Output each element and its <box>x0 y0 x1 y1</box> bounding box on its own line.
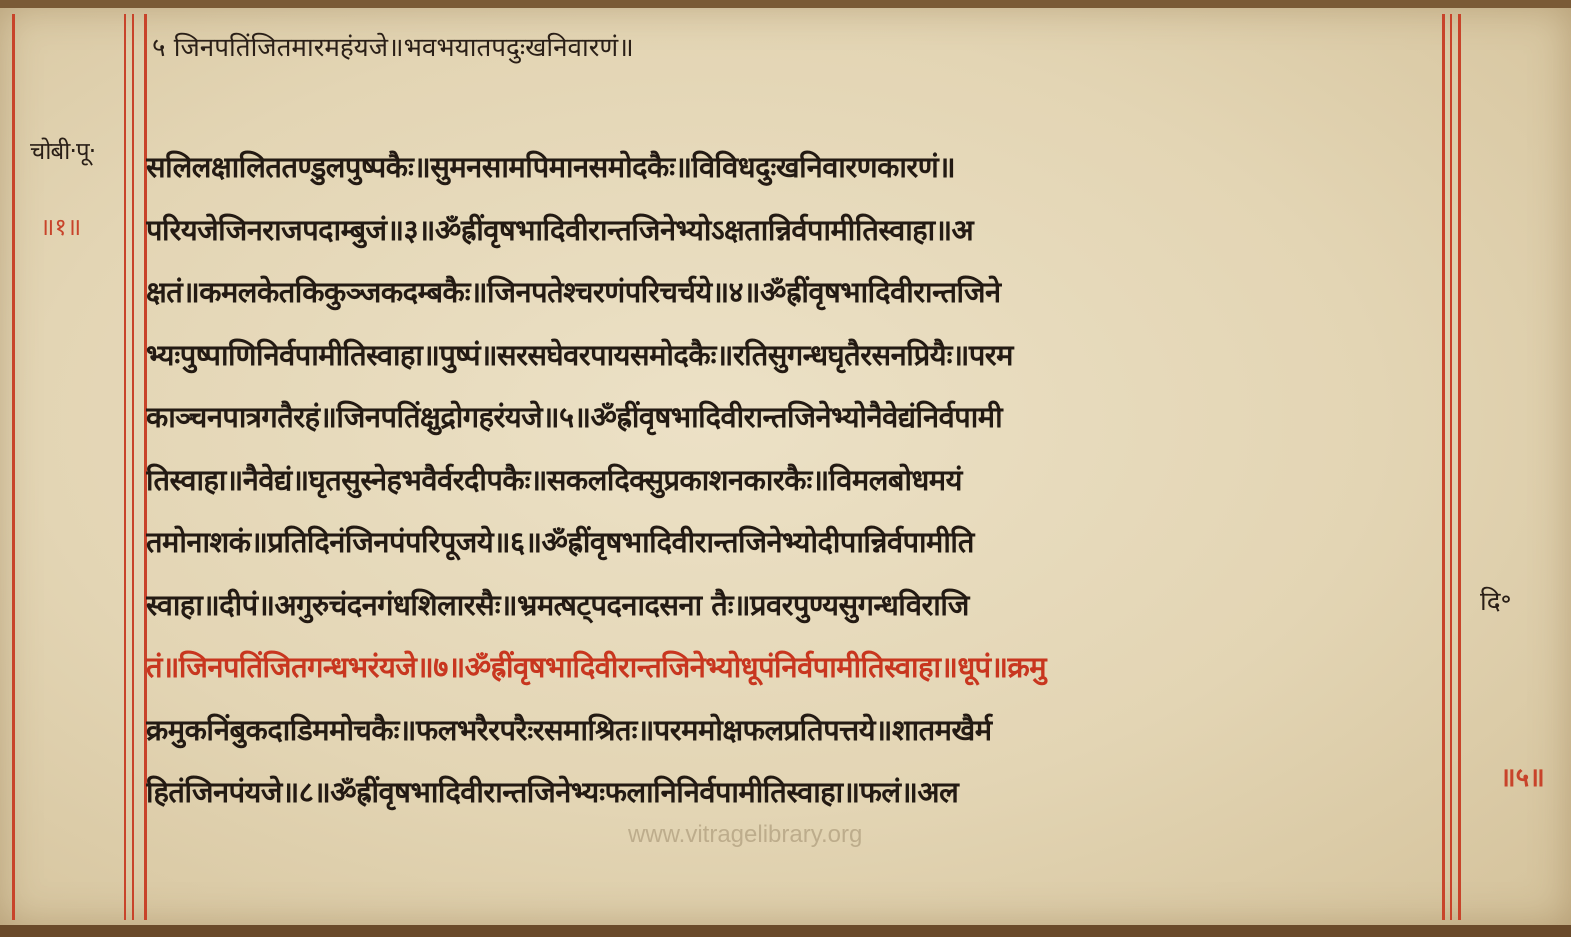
right-inner-rule-2 <box>1450 14 1452 920</box>
left-inner-rule-2 <box>132 14 134 920</box>
text-line-1: सलिलक्षालिततण्डुलपुष्पकैः॥सुमनसामपिमानसम… <box>146 142 1438 205</box>
main-text-block: सलिलक्षालिततण्डुलपुष्पकैः॥सुमनसामपिमानसम… <box>146 142 1438 830</box>
left-outer-rule <box>12 14 15 920</box>
page-edge-top <box>0 0 1571 8</box>
manuscript-folio: ५ जिनपतिंजितमारमहंयजे॥भवभयातपदुःखनिवारणं… <box>0 6 1571 926</box>
text-line-5: काञ्चनपात्रगतैरहं॥जिनपतिंक्षुद्रोगहरंयजे… <box>146 392 1438 455</box>
left-folio-number: ॥१॥ <box>40 210 81 243</box>
text-line-6: तिस्वाहा॥नैवेद्यं॥घृतसुस्नेहभवैर्वरदीपकै… <box>146 455 1438 518</box>
text-line-7: तमोनाशकं॥प्रतिदिनंजिनपंपरिपूजये॥६॥ॐह्रीं… <box>146 517 1438 580</box>
header-line: ५ जिनपतिंजितमारमहंयजे॥भवभयातपदुःखनिवारणं… <box>152 28 634 64</box>
right-margin-note: दि॰ <box>1480 582 1512 618</box>
right-inner-rule-3 <box>1458 14 1461 920</box>
text-line-8: स्वाहा॥दीपं॥अगुरुचंदनगंधशिलारसैः॥भ्रमत्ष… <box>146 580 1438 643</box>
text-line-3: क्षतं॥कमलकेतकिकुञ्जकदम्बकैः॥जिनपतेश्चरणं… <box>146 267 1438 330</box>
text-line-10: क्रमुकनिंबुकदाडिममोचकैः॥फलभरैरपरैःरसमाश्… <box>146 705 1438 768</box>
left-margin-title: चोबी·पू· <box>30 134 130 167</box>
text-line-9: तं॥जिनपतिंजितगन्धभरंयजे॥७॥ॐह्रींवृषभादिव… <box>146 642 1438 705</box>
margin-title-text: चोबी·पू· <box>30 134 130 167</box>
text-line-4: भ्यःपुष्पाणिनिर्वपामीतिस्वाहा॥पुष्पं॥सरस… <box>146 330 1438 393</box>
text-line-2: परियजेजिनराजपदाम्बुजं॥३॥ॐह्रींवृषभादिवीर… <box>146 205 1438 268</box>
right-folio-number: ॥५॥ <box>1500 758 1545 794</box>
right-inner-rule-1 <box>1442 14 1445 920</box>
watermark: www.vitragelibrary.org <box>628 821 862 849</box>
page-edge-bottom <box>0 925 1571 937</box>
